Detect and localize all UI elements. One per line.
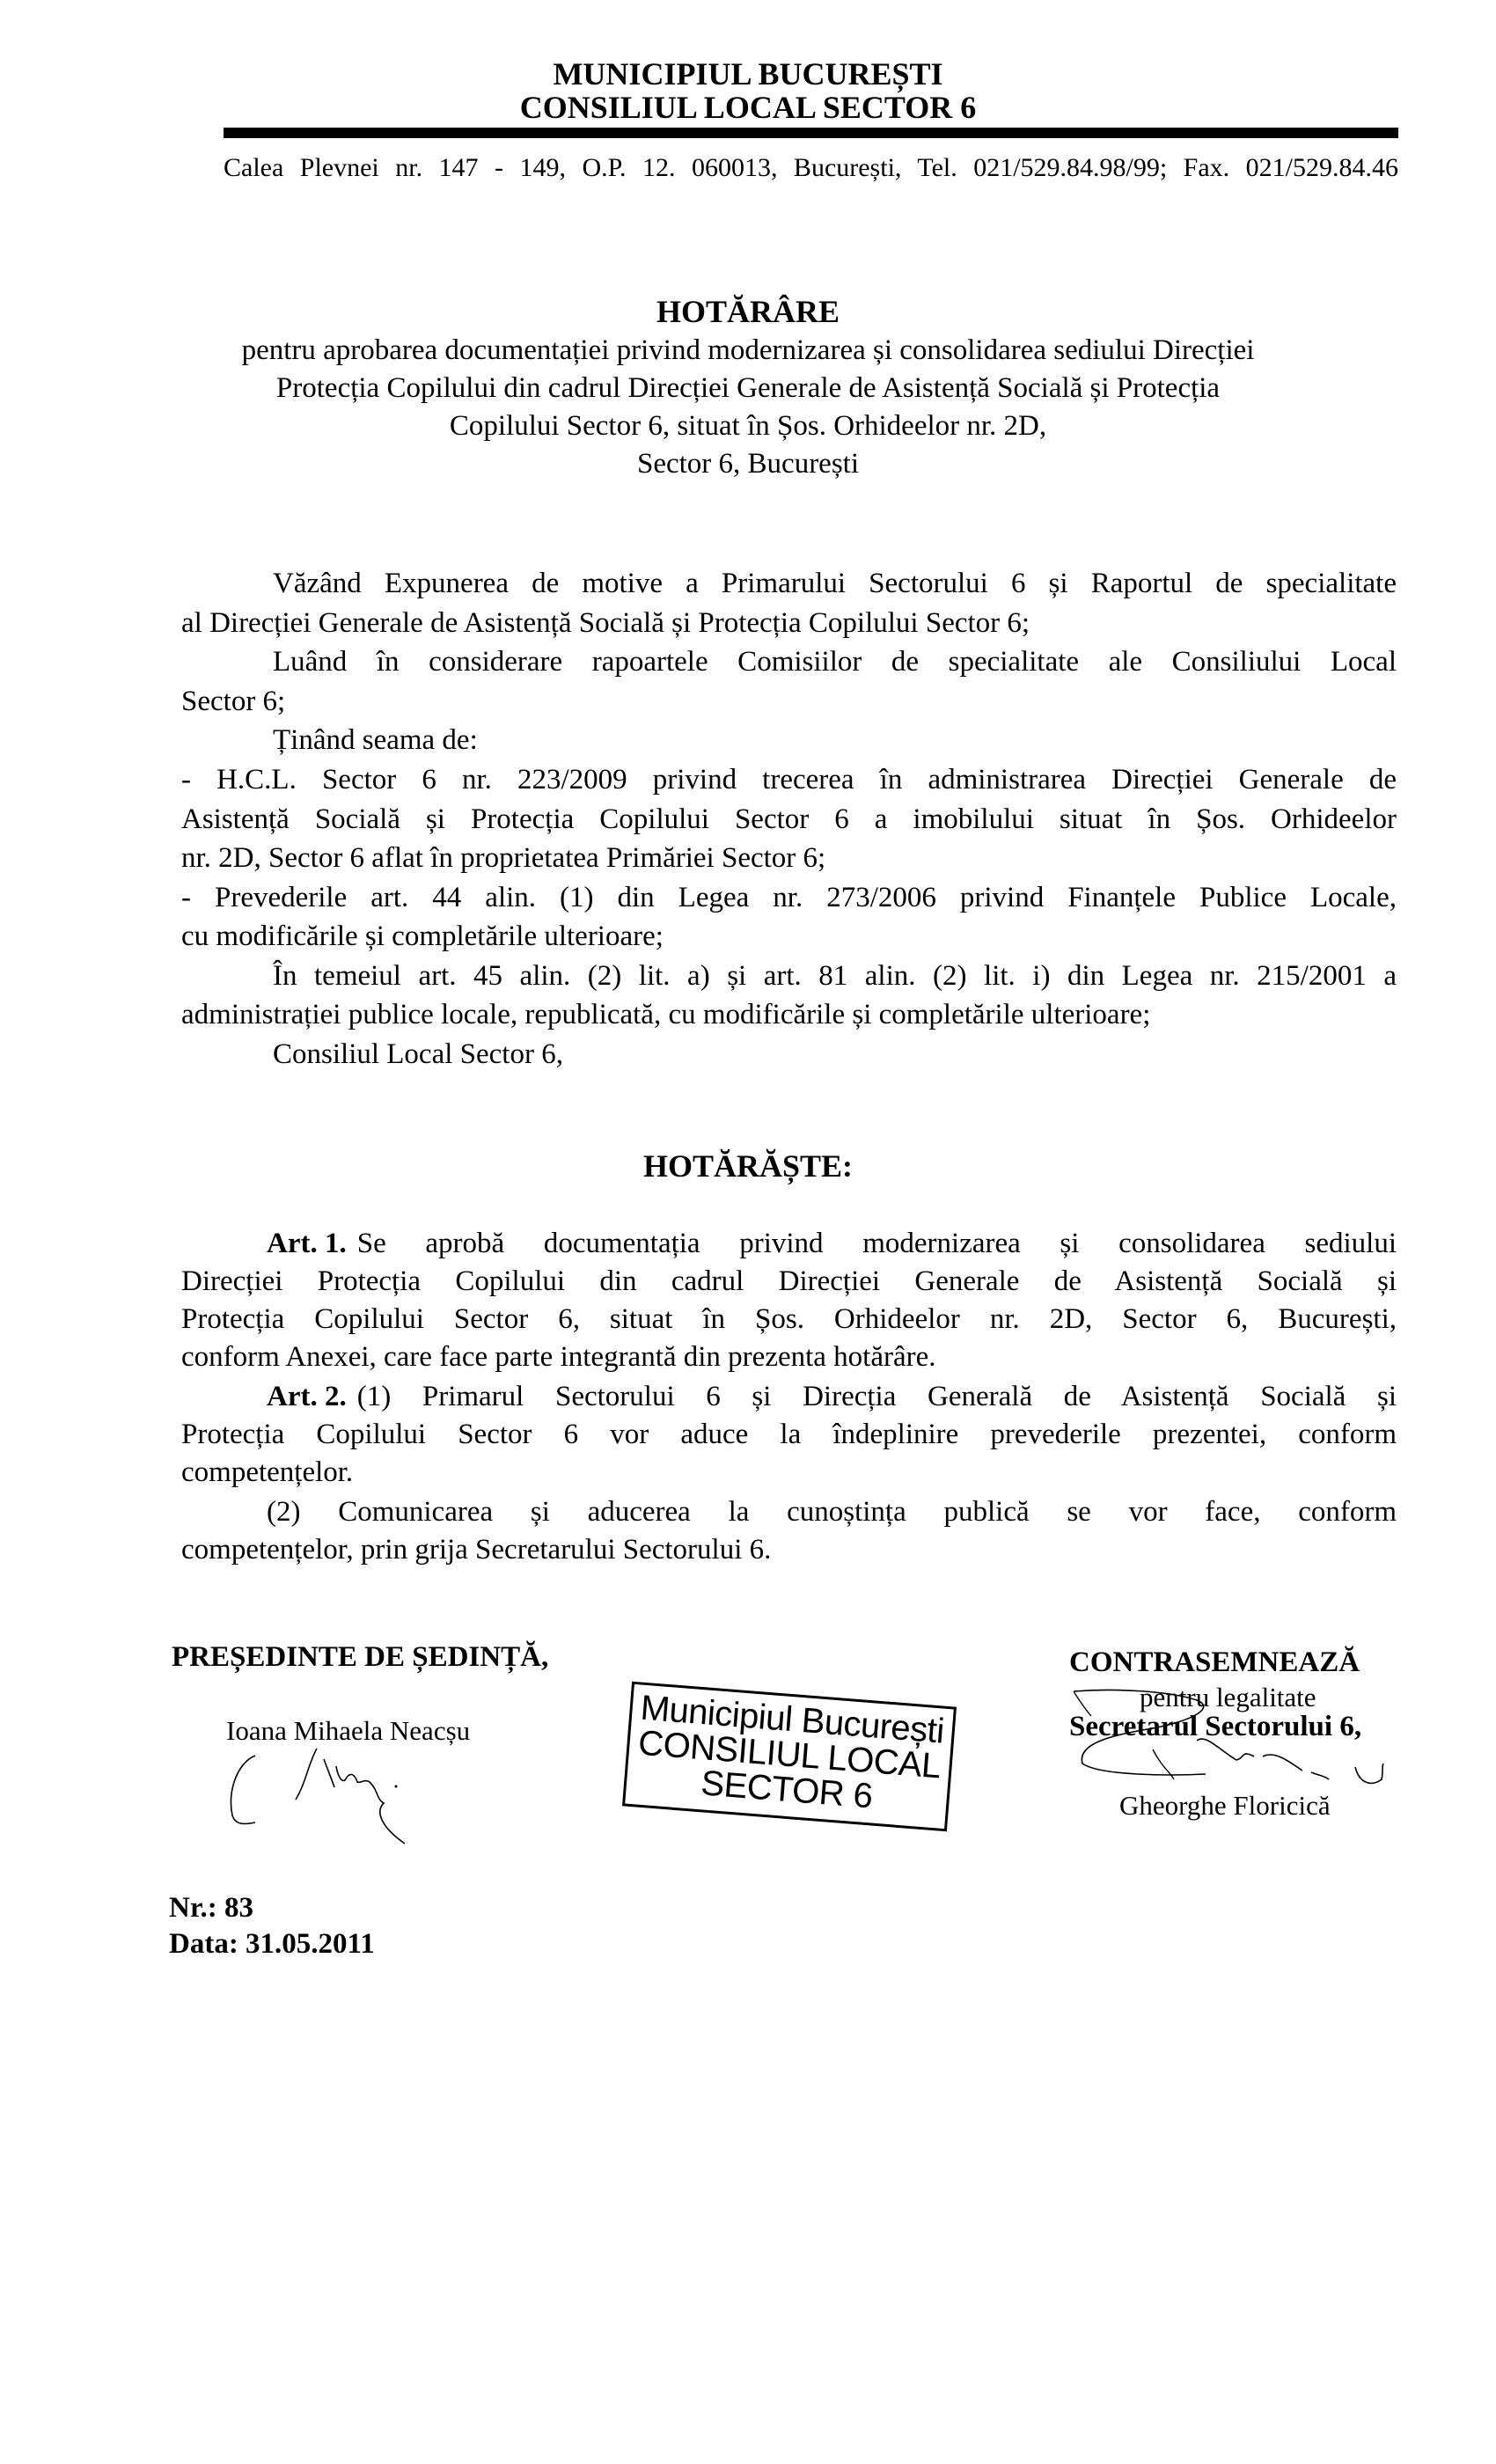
chair-signature-icon — [220, 1747, 466, 1848]
preamble-line: În temeiul art. 45 alin. (2) lit. a) și … — [273, 962, 1397, 991]
article-1-first-line: Art. 1. Se aprobă documentația privind m… — [267, 1229, 1397, 1258]
article-1-label: Art. 1. — [267, 1229, 347, 1258]
article-line: competențelor. — [181, 1458, 353, 1487]
article-line: (2) Comunicarea și aducerea la cunoștinț… — [267, 1498, 1397, 1527]
decision-heading: HOTĂRĂȘTE: — [0, 1150, 1496, 1182]
subtitle-line: Protecția Copilului din cadrul Direcției… — [0, 374, 1496, 403]
article-line: competențelor, prin grija Secretarului S… — [181, 1536, 771, 1565]
decision-number: Nr.: 83 — [169, 1894, 253, 1923]
article-2-label: Art. 2. — [267, 1382, 347, 1412]
preamble-line: Văzând Expunerea de motive a Primarului … — [273, 569, 1397, 598]
chair-name: Ioana Mihaela Neacșu — [226, 1717, 470, 1744]
article-line: Direcției Protecția Copilului din cadrul… — [181, 1267, 1397, 1299]
subtitle-line: pentru aprobarea documentației privind m… — [0, 336, 1496, 365]
article-2-first-line: Art. 2. (1) Primarul Sectorului 6 și Dir… — [267, 1382, 1397, 1412]
secretary-role: Secretarul Sectorului 6, — [1069, 1712, 1361, 1742]
preamble-line: Asistență Socială și Protecția Copilului… — [181, 805, 1397, 837]
preamble-line: administrației publice locale, republica… — [181, 1001, 1150, 1030]
subtitle-line: Copilului Sector 6, situat în Șos. Orhid… — [0, 412, 1496, 441]
preamble-line: Sector 6; — [181, 687, 285, 716]
preamble-line: Ținând seama de: — [273, 726, 478, 755]
preamble-line: Luând în considerare rapoartele Comisiil… — [273, 648, 1397, 677]
countersign-title: CONTRASEMNEAZĂ — [1069, 1648, 1360, 1677]
secretary-name: Gheorghe Floricică — [1119, 1792, 1331, 1819]
preamble-line: al Direcției Generale de Asistență Socia… — [181, 609, 1030, 638]
article-line: Protecția Copilului Sector 6 vor aduce l… — [181, 1420, 1397, 1452]
preamble-line: Consiliul Local Sector 6, — [273, 1040, 563, 1069]
preamble-line: - H.C.L. Sector 6 nr. 223/2009 privind t… — [181, 766, 1397, 797]
institution-name: MUNICIPIUL BUCUREȘTI — [0, 58, 1496, 90]
article-line: Se aprobă documentația privind moderniza… — [357, 1229, 1397, 1258]
preamble-line: nr. 2D, Sector 6 aflat în proprietatea P… — [181, 844, 825, 873]
subtitle-line: Sector 6, București — [0, 450, 1496, 479]
document-title: HOTĂRÂRE — [0, 296, 1496, 327]
countersign-subtitle: pentru legalitate — [1140, 1683, 1316, 1711]
article-line: Protecția Copilului Sector 6, situat în … — [181, 1305, 1397, 1337]
official-stamp: Municipiul București CONSILIUL LOCAL SEC… — [622, 1682, 957, 1832]
council-name: CONSILIUL LOCAL SECTOR 6 — [0, 92, 1496, 123]
article-line: (1) Primarul Sectorului 6 și Direcția Ge… — [357, 1382, 1397, 1412]
decision-date: Data: 31.05.2011 — [169, 1930, 375, 1959]
header-address: Calea Plevnei nr. 147 - 149, O.P. 12. 06… — [224, 155, 1398, 181]
preamble-line: cu modificările și completările ulterioa… — [181, 922, 664, 951]
article-line: conform Anexei, care face parte integran… — [181, 1343, 936, 1372]
chair-title: PREȘEDINTE DE ȘEDINȚĂ, — [172, 1643, 548, 1672]
header-rule — [224, 128, 1398, 138]
preamble-line: - Prevederile art. 44 alin. (1) din Lege… — [181, 884, 1397, 915]
